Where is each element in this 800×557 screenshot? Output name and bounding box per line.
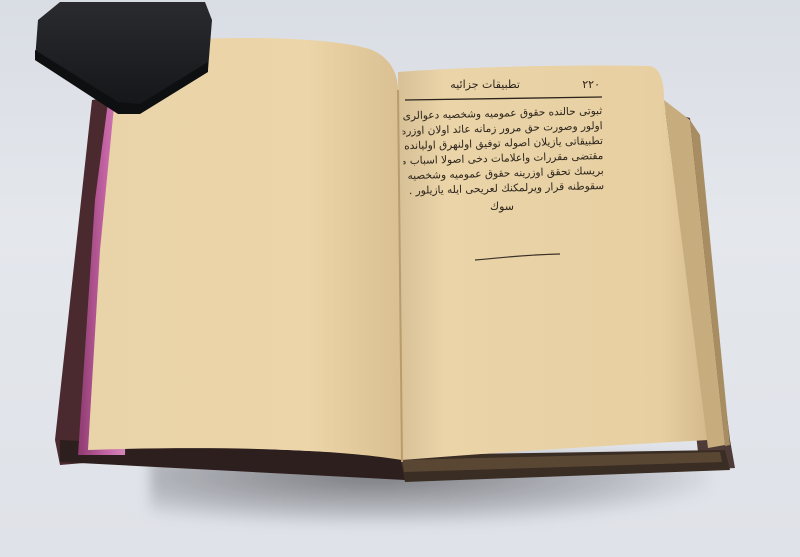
end-word: سوك (490, 200, 514, 213)
open-book (0, 0, 800, 557)
running-title: تطبيقات جزائيه (450, 78, 520, 91)
photo-scene: ٢٢٠ تطبيقات جزائيه ثبوتی حالنده حقوق عمو… (0, 0, 800, 557)
page-number: ٢٢٠ (582, 78, 600, 91)
page-body-text: ثبوتی حالنده حقوق عموميه وشخصيه دعوالری … (402, 104, 604, 199)
